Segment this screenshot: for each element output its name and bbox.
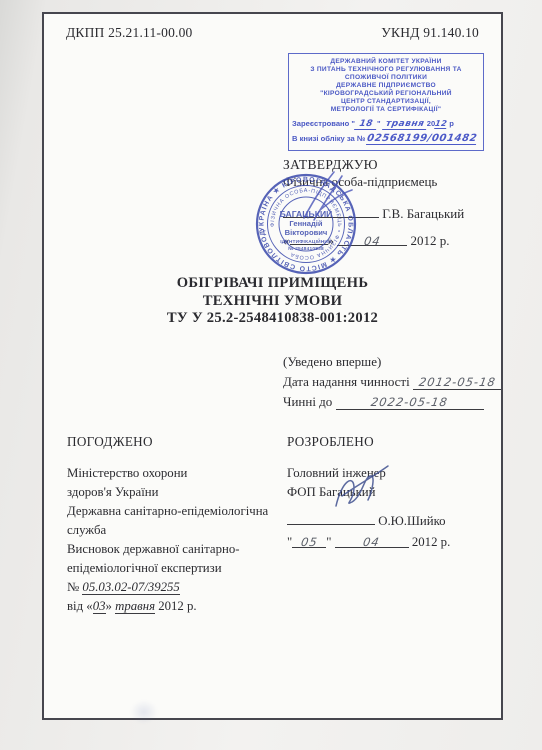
- agreed-date-row: від «03» травня 2012 р.: [67, 597, 301, 616]
- agreed-date-year: 2012 р.: [155, 599, 197, 613]
- approval-month-handwritten: 04: [363, 233, 382, 250]
- registration-stamp-line: З ПИТАНЬ ТЕХНІЧНОГО РЕГУЛЮВАННЯ ТА: [292, 66, 480, 74]
- agreed-title: ПОГОДЖЕНО: [67, 432, 301, 451]
- developed-year: 2012 р.: [412, 535, 450, 549]
- agreed-date-prefix: від «: [67, 599, 93, 613]
- agreed-line: Міністерство охорони: [67, 464, 301, 483]
- registered-day-handwritten: 18: [354, 119, 378, 130]
- registration-book-entry: В книзі обліку за № 02568199/001482: [292, 133, 480, 145]
- seal-id-number: № 2548410838: [288, 246, 324, 252]
- title-line-2: ТЕХНІЧНІ УМОВИ: [44, 293, 501, 311]
- valid-until-handwritten: 2022-05-18: [370, 395, 449, 409]
- registration-stamp-line: МЕТРОЛОГІЇ ТА СЕРТИФІКАЦІЇ": [292, 106, 480, 114]
- developed-day-handwritten: 05: [299, 533, 319, 552]
- scan-smudge: [130, 700, 158, 724]
- dev-quote-close: ": [326, 535, 331, 549]
- registration-stamp-line: ДЕРЖАВНИЙ КОМІТЕТ УКРАЇНИ: [292, 58, 480, 66]
- document-sheet: ДКПП 25.21.11-00.00 УКНД 91.140.10 ДЕРЖА…: [42, 12, 503, 720]
- agreed-date-month: травня: [115, 599, 155, 614]
- developed-day-line: 05: [292, 533, 326, 548]
- effective-date-handwritten: 2012-05-18: [417, 375, 496, 389]
- title-line-1: ОБІГРІВАЧІ ПРИМІЩЕНЬ: [44, 275, 501, 293]
- doc-number: 05.03.02-07/39255: [82, 580, 179, 595]
- effective-date-line: 2012-05-18: [413, 374, 501, 390]
- agreed-line: епідеміологічної експертизи: [67, 559, 301, 578]
- registered-suffix: р: [449, 119, 454, 128]
- seal-patronymic: Вікторович: [285, 228, 328, 237]
- agreed-doc-number-row: № 05.03.02-07/39255: [67, 578, 301, 597]
- validity-block: (Уведено вперше) Дата надання чинності 2…: [283, 354, 501, 410]
- effective-date-label: Дата надання чинності: [283, 374, 410, 389]
- first-issue-note: (Уведено вперше): [283, 354, 501, 370]
- agreed-column: ПОГОДЖЕНО Міністерство охорони здоров'я …: [67, 432, 301, 616]
- developed-month-handwritten: 04: [362, 533, 382, 552]
- agreed-line: здоров'я України: [67, 483, 301, 502]
- registration-date-entry: Зареєстровано "18" травня2012 р: [292, 119, 480, 130]
- developed-date-row: "05" 04 2012 р.: [287, 533, 492, 552]
- registration-stamp-line: "КІРОВОГРАДСЬКИЙ РЕГІОНАЛЬНИЙ: [292, 90, 480, 98]
- registered-year-handwritten: 12: [434, 119, 448, 129]
- agreed-line: Державна санітарно-епідеміологічна: [67, 502, 301, 521]
- agreed-line: служба: [67, 521, 301, 540]
- agreed-line: Висновок державної санітарно-: [67, 540, 301, 559]
- developed-title: РОЗРОБЛЕНО: [287, 432, 492, 451]
- scanned-document-page: { "colors": { "stamp_blue": "#4a58c4", "…: [0, 0, 542, 750]
- approval-year: 2012 р.: [411, 233, 450, 248]
- dkpp-classification-code: ДКПП 25.21.11-00.00: [66, 25, 193, 41]
- valid-until-row: Чинні до 2022-05-18: [283, 394, 501, 410]
- registration-stamp-box: ДЕРЖАВНИЙ КОМІТЕТ УКРАЇНИ З ПИТАНЬ ТЕХНІ…: [288, 53, 484, 151]
- registration-stamp-line: ДЕРЖАВНЕ ПІДПРИЄМСТВО: [292, 82, 480, 90]
- valid-until-label: Чинні до: [283, 394, 332, 409]
- doc-number-prefix: №: [67, 580, 82, 594]
- valid-until-line: 2022-05-18: [336, 394, 484, 410]
- registration-stamp-line: ЦЕНТР СТАНДАРТИЗАЦІЇ,: [292, 98, 480, 106]
- registered-month-handwritten: травня: [382, 119, 428, 130]
- registration-stamp-line: СПОЖИВЧОЇ ПОЛІТИКИ: [292, 74, 480, 82]
- title-line-3: ТУ У 25.2-2548410838-001:2012: [44, 310, 501, 328]
- approver-signature-strokes: [290, 166, 370, 226]
- effective-date-row: Дата надання чинності 2012-05-18: [283, 374, 501, 390]
- agreed-date-mid: »: [106, 599, 116, 613]
- book-label: В книзі обліку за №: [292, 134, 365, 143]
- approver-name: Г.В. Багацький: [382, 206, 464, 221]
- seal-id-label: ІДЕНТИФІКАЦІЙНИЙ: [280, 237, 332, 245]
- document-title-block: ОБІГРІВАЧІ ПРИМІЩЕНЬ ТЕХНІЧНІ УМОВИ ТУ У…: [44, 275, 501, 328]
- developed-month-line: 04: [335, 533, 409, 548]
- registered-label: Зареєстровано ": [292, 119, 355, 128]
- book-number-handwritten: 02568199/001482: [366, 133, 478, 145]
- agreed-date-day: 03: [93, 599, 106, 614]
- developer-signature-strokes: [330, 462, 400, 520]
- uknd-classification-code: УКНД 91.140.10: [381, 25, 479, 41]
